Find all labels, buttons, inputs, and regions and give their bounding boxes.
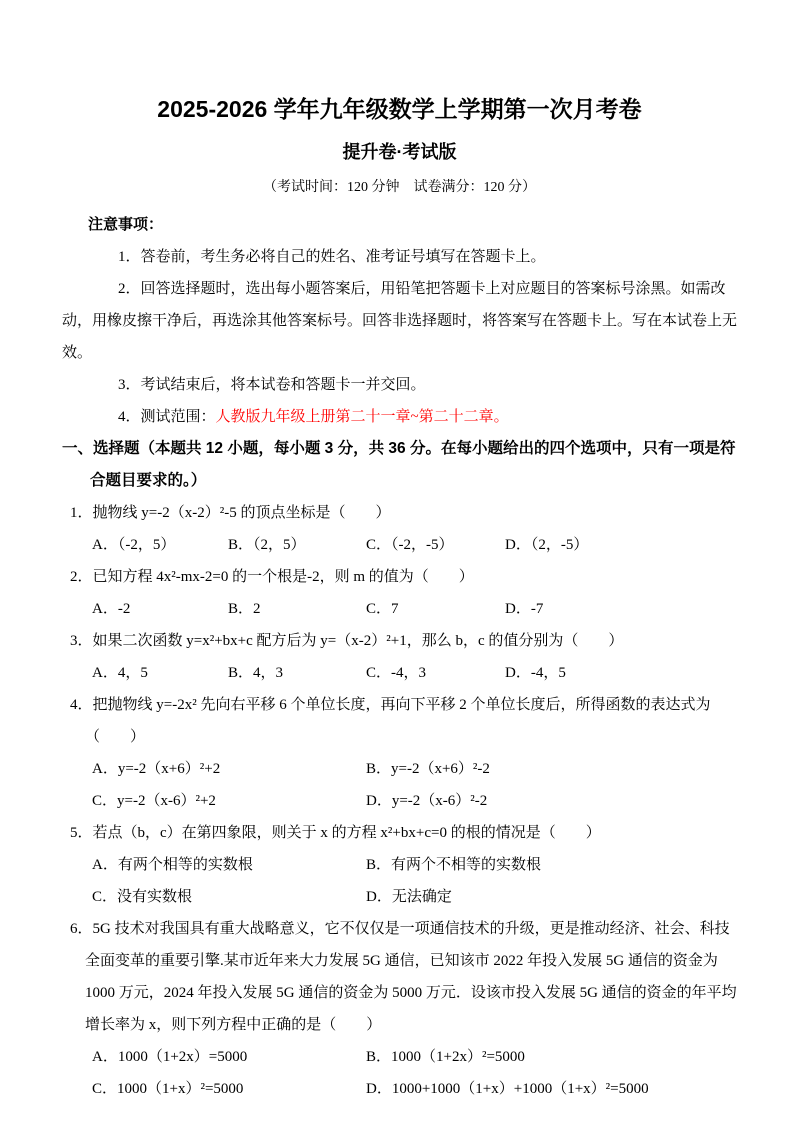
question-options: A．-2 B．2 C．7 D．-7 <box>62 593 737 625</box>
question-6: 6．5G 技术对我国具有重大战略意义，它不仅仅是一项通信技术的升级，更是推动经济… <box>62 913 737 1105</box>
exam-paper-page: 2025-2026 学年九年级数学上学期第一次月考卷 提升卷·考试版 （考试时间… <box>0 0 793 1122</box>
question-stem: 把抛物线 y=-2x² 先向右平移 6 个单位长度，再向下平移 2 个单位长度后… <box>85 697 710 745</box>
question-options: A．y=-2（x+6）²+2 B．y=-2（x+6）²-2 C．y=-2（x-6… <box>62 753 737 817</box>
question-text: 3．如果二次函数 y=x²+bx+c 配方后为 y=（x-2）²+1，那么 b，… <box>62 625 737 657</box>
paper-subtitle: 提升卷·考试版 <box>62 140 737 164</box>
option-d: D．-7 <box>505 593 737 625</box>
notice-section: 注意事项： 1．答卷前，考生务必将自己的姓名、准考证号填写在答题卡上。 2．回答… <box>62 209 737 433</box>
option-c: C．-4，3 <box>366 657 505 689</box>
option-a: A．4，5 <box>92 657 228 689</box>
option-a: A．1000（1+2x）=5000 <box>92 1041 366 1073</box>
question-stem: 如果二次函数 y=x²+bx+c 配方后为 y=（x-2）²+1，那么 b，c … <box>93 633 624 649</box>
question-stem: 5G 技术对我国具有重大战略意义，它不仅仅是一项通信技术的升级，更是推动经济、社… <box>85 921 737 1033</box>
test-scope-highlight: 人教版九年级上册第二十一章~第二十二章。 <box>216 409 509 425</box>
question-options: A．4，5 B．4，3 C．-4，3 D．-4，5 <box>62 657 737 689</box>
question-options: A．（-2，5） B．（2，5） C．（-2，-5） D．（2，-5） <box>62 529 737 561</box>
section-heading-choice: 一、选择题（本题共 12 小题，每小题 3 分，共 36 分。在每小题给出的四个… <box>62 433 737 497</box>
question-2: 2．已知方程 4x²-mx-2=0 的一个根是-2，则 m 的值为（ ） A．-… <box>62 561 737 625</box>
question-number: 4． <box>70 697 93 713</box>
question-text: 4．把抛物线 y=-2x² 先向右平移 6 个单位长度，再向下平移 2 个单位长… <box>62 689 737 753</box>
option-b: B．1000（1+2x）²=5000 <box>366 1041 737 1073</box>
option-c: C．（-2，-5） <box>366 529 505 561</box>
option-c: C．1000（1+x）²=5000 <box>92 1073 366 1105</box>
option-d: D．-4，5 <box>505 657 737 689</box>
question-number: 2． <box>70 569 93 585</box>
question-number: 5． <box>70 825 93 841</box>
question-3: 3．如果二次函数 y=x²+bx+c 配方后为 y=（x-2）²+1，那么 b，… <box>62 625 737 689</box>
test-scope-label: 4．测试范围： <box>118 409 216 425</box>
option-b: B．2 <box>228 593 366 625</box>
paper-title: 2025-2026 学年九年级数学上学期第一次月考卷 <box>62 94 737 124</box>
option-a: A．有两个相等的实数根 <box>92 849 366 881</box>
question-text: 1．抛物线 y=-2（x-2）²-5 的顶点坐标是（ ） <box>62 497 737 529</box>
question-stem: 已知方程 4x²-mx-2=0 的一个根是-2，则 m 的值为（ ） <box>93 569 474 585</box>
option-b: B．4，3 <box>228 657 366 689</box>
question-stem: 若点（b，c）在第四象限，则关于 x 的方程 x²+bx+c=0 的根的情况是（… <box>93 825 601 841</box>
question-number: 6． <box>70 921 93 937</box>
option-d: D．1000+1000（1+x）+1000（1+x）²=5000 <box>366 1073 737 1105</box>
question-5: 5．若点（b，c）在第四象限，则关于 x 的方程 x²+bx+c=0 的根的情况… <box>62 817 737 913</box>
option-b: B．（2，5） <box>228 529 366 561</box>
option-c: C．没有实数根 <box>92 881 366 913</box>
notice-item-3: 3．考试结束后，将本试卷和答题卡一并交回。 <box>62 369 737 401</box>
notice-item-2: 2．回答选择题时，选出每小题答案后，用铅笔把答题卡上对应题目的答案标号涂黑。如需… <box>62 273 737 369</box>
option-b: B．有两个不相等的实数根 <box>366 849 737 881</box>
question-options: A．有两个相等的实数根 B．有两个不相等的实数根 C．没有实数根 D．无法确定 <box>62 849 737 913</box>
question-text: 5．若点（b，c）在第四象限，则关于 x 的方程 x²+bx+c=0 的根的情况… <box>62 817 737 849</box>
notice-heading: 注意事项： <box>62 209 737 241</box>
question-stem: 抛物线 y=-2（x-2）²-5 的顶点坐标是（ ） <box>93 505 391 521</box>
question-4: 4．把抛物线 y=-2x² 先向右平移 6 个单位长度，再向下平移 2 个单位长… <box>62 689 737 817</box>
exam-info: （考试时间：120 分钟 试卷满分：120 分） <box>62 177 737 199</box>
option-a: A．-2 <box>92 593 228 625</box>
question-number: 1． <box>70 505 93 521</box>
option-b: B．y=-2（x+6）²-2 <box>366 753 737 785</box>
question-number: 3． <box>70 633 93 649</box>
option-d: D．y=-2（x-6）²-2 <box>366 785 737 817</box>
question-1: 1．抛物线 y=-2（x-2）²-5 的顶点坐标是（ ） A．（-2，5） B．… <box>62 497 737 561</box>
option-d: D．无法确定 <box>366 881 737 913</box>
option-d: D．（2，-5） <box>505 529 737 561</box>
question-text: 6．5G 技术对我国具有重大战略意义，它不仅仅是一项通信技术的升级，更是推动经济… <box>62 913 737 1041</box>
notice-item-1: 1．答卷前，考生务必将自己的姓名、准考证号填写在答题卡上。 <box>62 241 737 273</box>
option-a: A．（-2，5） <box>92 529 228 561</box>
option-c: C．y=-2（x-6）²+2 <box>92 785 366 817</box>
option-c: C．7 <box>366 593 505 625</box>
question-text: 2．已知方程 4x²-mx-2=0 的一个根是-2，则 m 的值为（ ） <box>62 561 737 593</box>
question-options: A．1000（1+2x）=5000 B．1000（1+2x）²=5000 C．1… <box>62 1041 737 1105</box>
option-a: A．y=-2（x+6）²+2 <box>92 753 366 785</box>
notice-item-4: 4．测试范围：人教版九年级上册第二十一章~第二十二章。 <box>62 401 737 433</box>
